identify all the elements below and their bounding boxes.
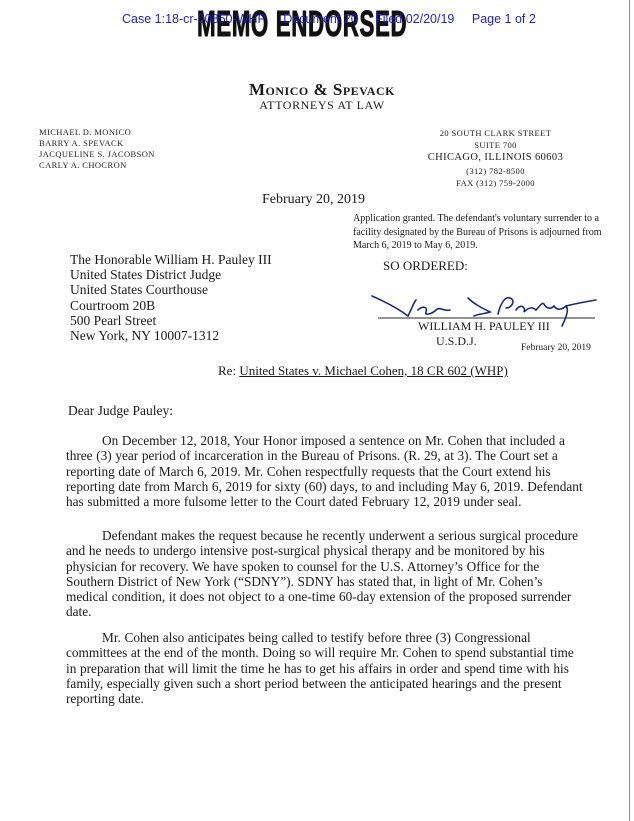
body-paragraph: Mr. Cohen also anticipates being called … [66,630,586,706]
address-phone: (312) 782-8500 [408,165,583,177]
case-title: United States v. Michael Cohen, 18 CR 60… [239,363,508,378]
partner-name: JACQUELINE S. JACOBSON [39,149,155,160]
signed-date: February 20, 2019 [521,343,591,353]
partner-list: MICHAEL D. MONICO BARRY A. SPEVACK JACQU… [39,127,155,171]
recipient-line: New York, NY 10007-1312 [70,328,272,343]
recipient-address: The Honorable William H. Pauley III Unit… [70,252,272,343]
filed-date: Filed 02/20/19 [375,12,454,26]
page-edge-line [629,0,630,821]
salutation: Dear Judge Pauley: [68,403,173,419]
partner-name: BARRY A. SPEVACK [39,138,155,149]
address-street: 20 SOUTH CLARK STREET [408,127,583,139]
letter-date: February 20, 2019 [262,192,365,208]
address-suite: SUITE 700 [408,139,583,151]
recipient-line: United States Courthouse [70,282,272,297]
page-count: Page 1 of 2 [472,12,536,26]
so-ordered-label: SO ORDERED: [383,258,468,274]
recipient-line: The Honorable William H. Pauley III [70,252,272,267]
firm-name: Monico & Spevack [0,80,634,100]
ecf-case-header: Case 1:18-cr-00850-WHP Document 20 Filed… [122,12,550,26]
firm-subtitle: ATTORNEYS AT LAW [0,98,634,113]
partner-name: MICHAEL D. MONICO [39,127,155,138]
endorsement-text: Application granted. The defendant's vol… [353,212,623,253]
judge-name: WILLIAM H. PAULEY III [418,319,550,334]
re-line: Re: United States v. Michael Cohen, 18 C… [218,363,508,379]
body-paragraph: Defendant makes the request because he r… [66,528,586,620]
recipient-line: 500 Pearl Street [70,313,272,328]
firm-address: 20 SOUTH CLARK STREET SUITE 700 CHICAGO,… [408,127,583,189]
body-paragraph: On December 12, 2018, Your Honor imposed… [66,433,586,509]
re-prefix: Re: [218,363,239,378]
address-city: CHICAGO, ILLINOIS 60603 [408,151,583,165]
partner-name: CARLY A. CHOCRON [39,160,155,171]
case-number: Case 1:18-cr-00850-WHP [122,12,266,26]
recipient-line: United States District Judge [70,267,272,282]
judge-title: U.S.D.J. [436,334,477,349]
recipient-line: Courtroom 20B [70,298,272,313]
document-number: Document 20 [283,12,357,26]
address-fax: FAX (312) 759-2000 [408,177,583,189]
